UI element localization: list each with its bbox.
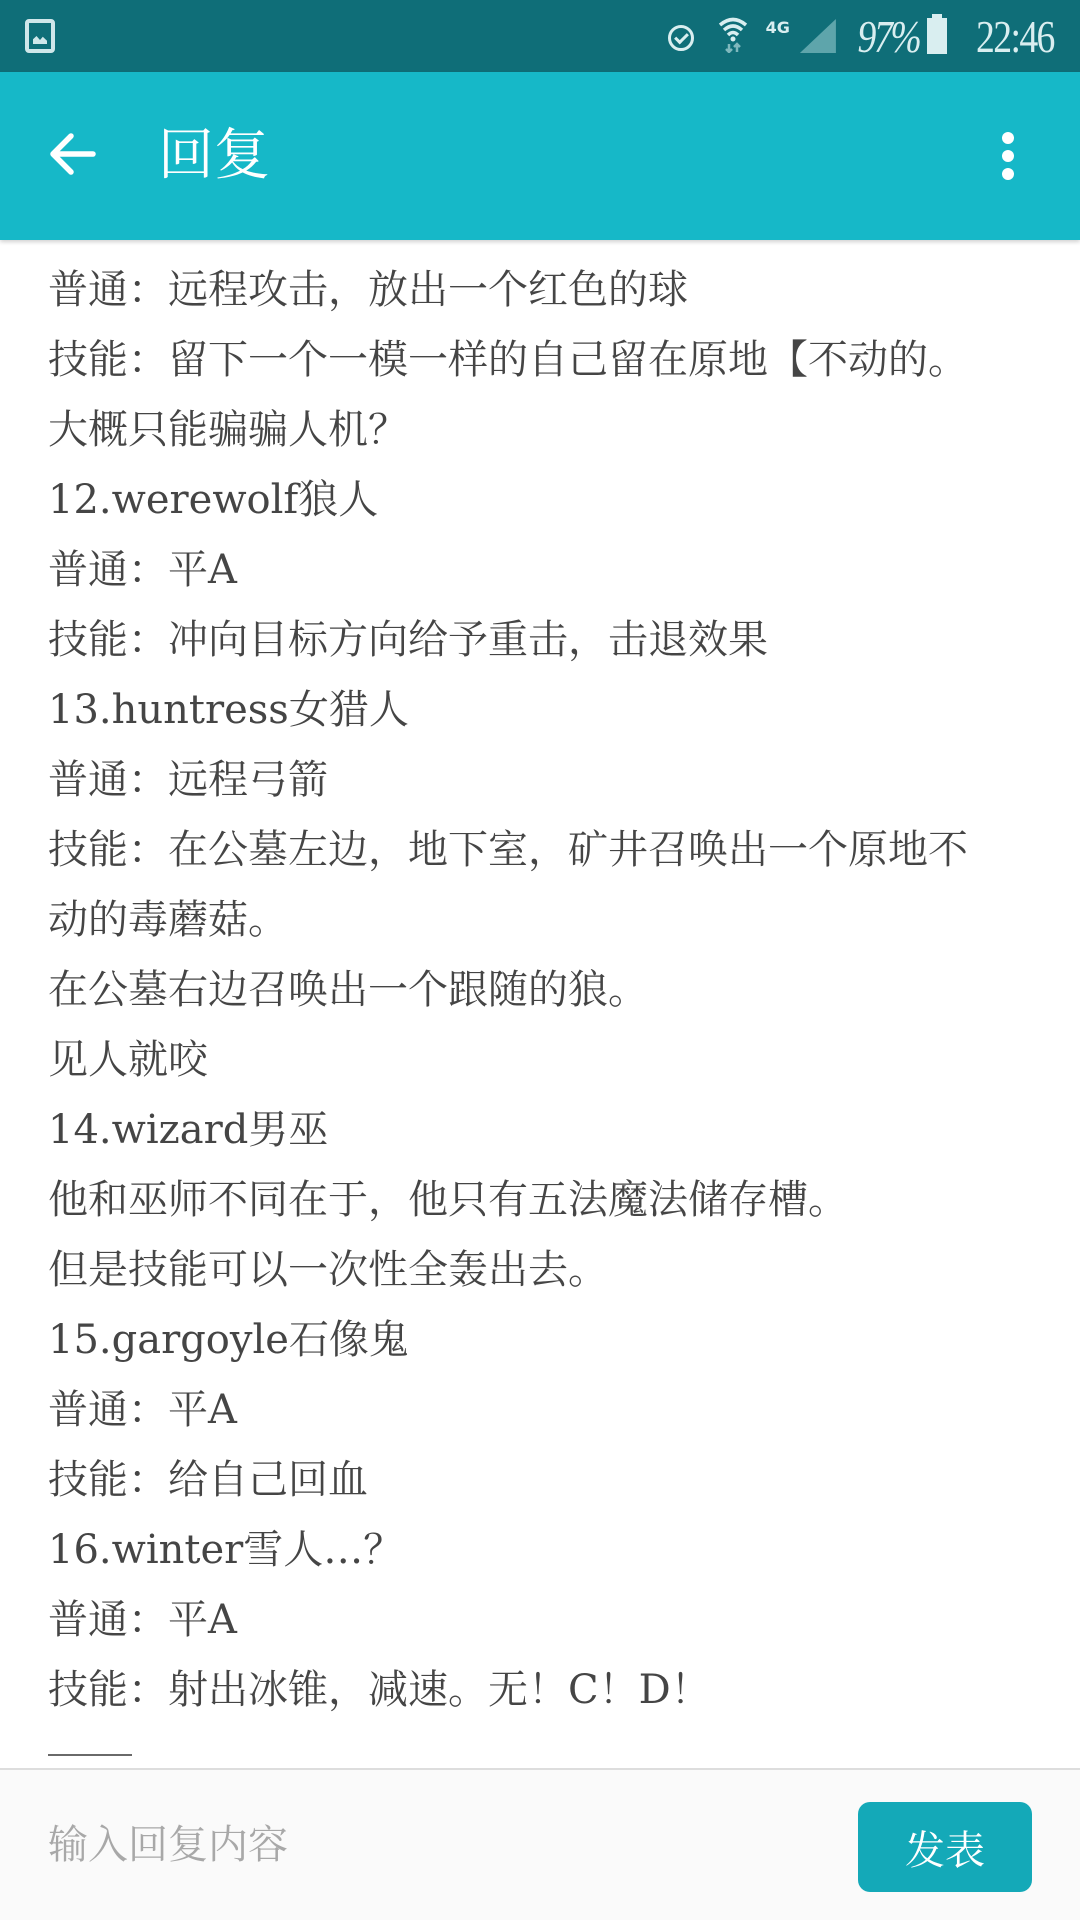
post-line: 动的毒蘑菇。 [48,885,1038,955]
back-button[interactable] [30,112,114,196]
more-vert-icon-dot [1002,168,1014,180]
status-icons: 4G 97% 22:46 [666,0,1054,72]
post-line: 技能：留下一个一模一样的自己留在原地【不动的。 [48,325,1038,395]
post-line: 技能：给自己回血 [48,1445,1038,1515]
page-title: 回复 [158,72,270,240]
battery-icon [927,18,947,54]
4g-icon: 4G [766,18,790,37]
reply-bar: 发表 [0,1768,1080,1920]
signature-divider [48,1754,132,1756]
clock: 22:46 [976,10,1054,63]
reply-content-scroll[interactable]: 普通：远程攻击，放出一个红色的球 技能：留下一个一模一样的自己留在原地【不动的。… [0,240,1080,1768]
post-line: 在公墓右边召唤出一个跟随的狼。 [48,955,1038,1025]
post-line: 普通：平A [48,1585,1038,1655]
post-line: 技能：在公墓左边，地下室，矿井召唤出一个原地不 [48,815,1038,885]
arrow-left-icon [47,132,97,176]
post-line: 技能：射出冰锥，减速。无！C！D！ [48,1655,1038,1725]
reply-input[interactable] [40,1790,836,1900]
post-line: 普通：平A [48,535,1038,605]
post-line: 14.wizard男巫 [48,1095,1038,1165]
post-line: 见人就咬 [48,1025,1038,1095]
signal-icon [800,19,836,53]
more-options-button[interactable] [966,114,1050,198]
post-line: 普通：远程攻击，放出一个红色的球 [48,255,1038,325]
send-button[interactable]: 发表 [858,1802,1032,1892]
post-line: 15.gargoyle石像鬼 [48,1305,1038,1375]
post-line: 大概只能骗骗人机？ [48,395,1038,465]
more-vert-icon-dot [1002,150,1014,162]
post-line: 但是技能可以一次性全轰出去。 [48,1235,1038,1305]
post-line: 普通：平A [48,1375,1038,1445]
alarm-icon [666,19,696,53]
app-toolbar: 回复 [0,72,1080,240]
post-line: 13.huntress女猎人 [48,675,1038,745]
gallery-notification-icon [25,19,55,53]
post-line: 16.winter雪人…？ [48,1515,1038,1585]
post-line: 普通：远程弓箭 [48,745,1038,815]
status-bar: 4G 97% 22:46 [0,0,1080,72]
post-line: 技能：冲向目标方向给予重击，击退效果 [48,605,1038,675]
more-vert-icon [1002,132,1014,144]
wifi-icon [718,15,748,57]
post-line: 他和巫师不同在于，他只有五法魔法储存槽。 [48,1165,1038,1235]
battery-percent: 97% [857,10,919,63]
post-line: 12.werewolf狼人 [48,465,1038,535]
post-body: 普通：远程攻击，放出一个红色的球 技能：留下一个一模一样的自己留在原地【不动的。… [48,255,1038,1725]
